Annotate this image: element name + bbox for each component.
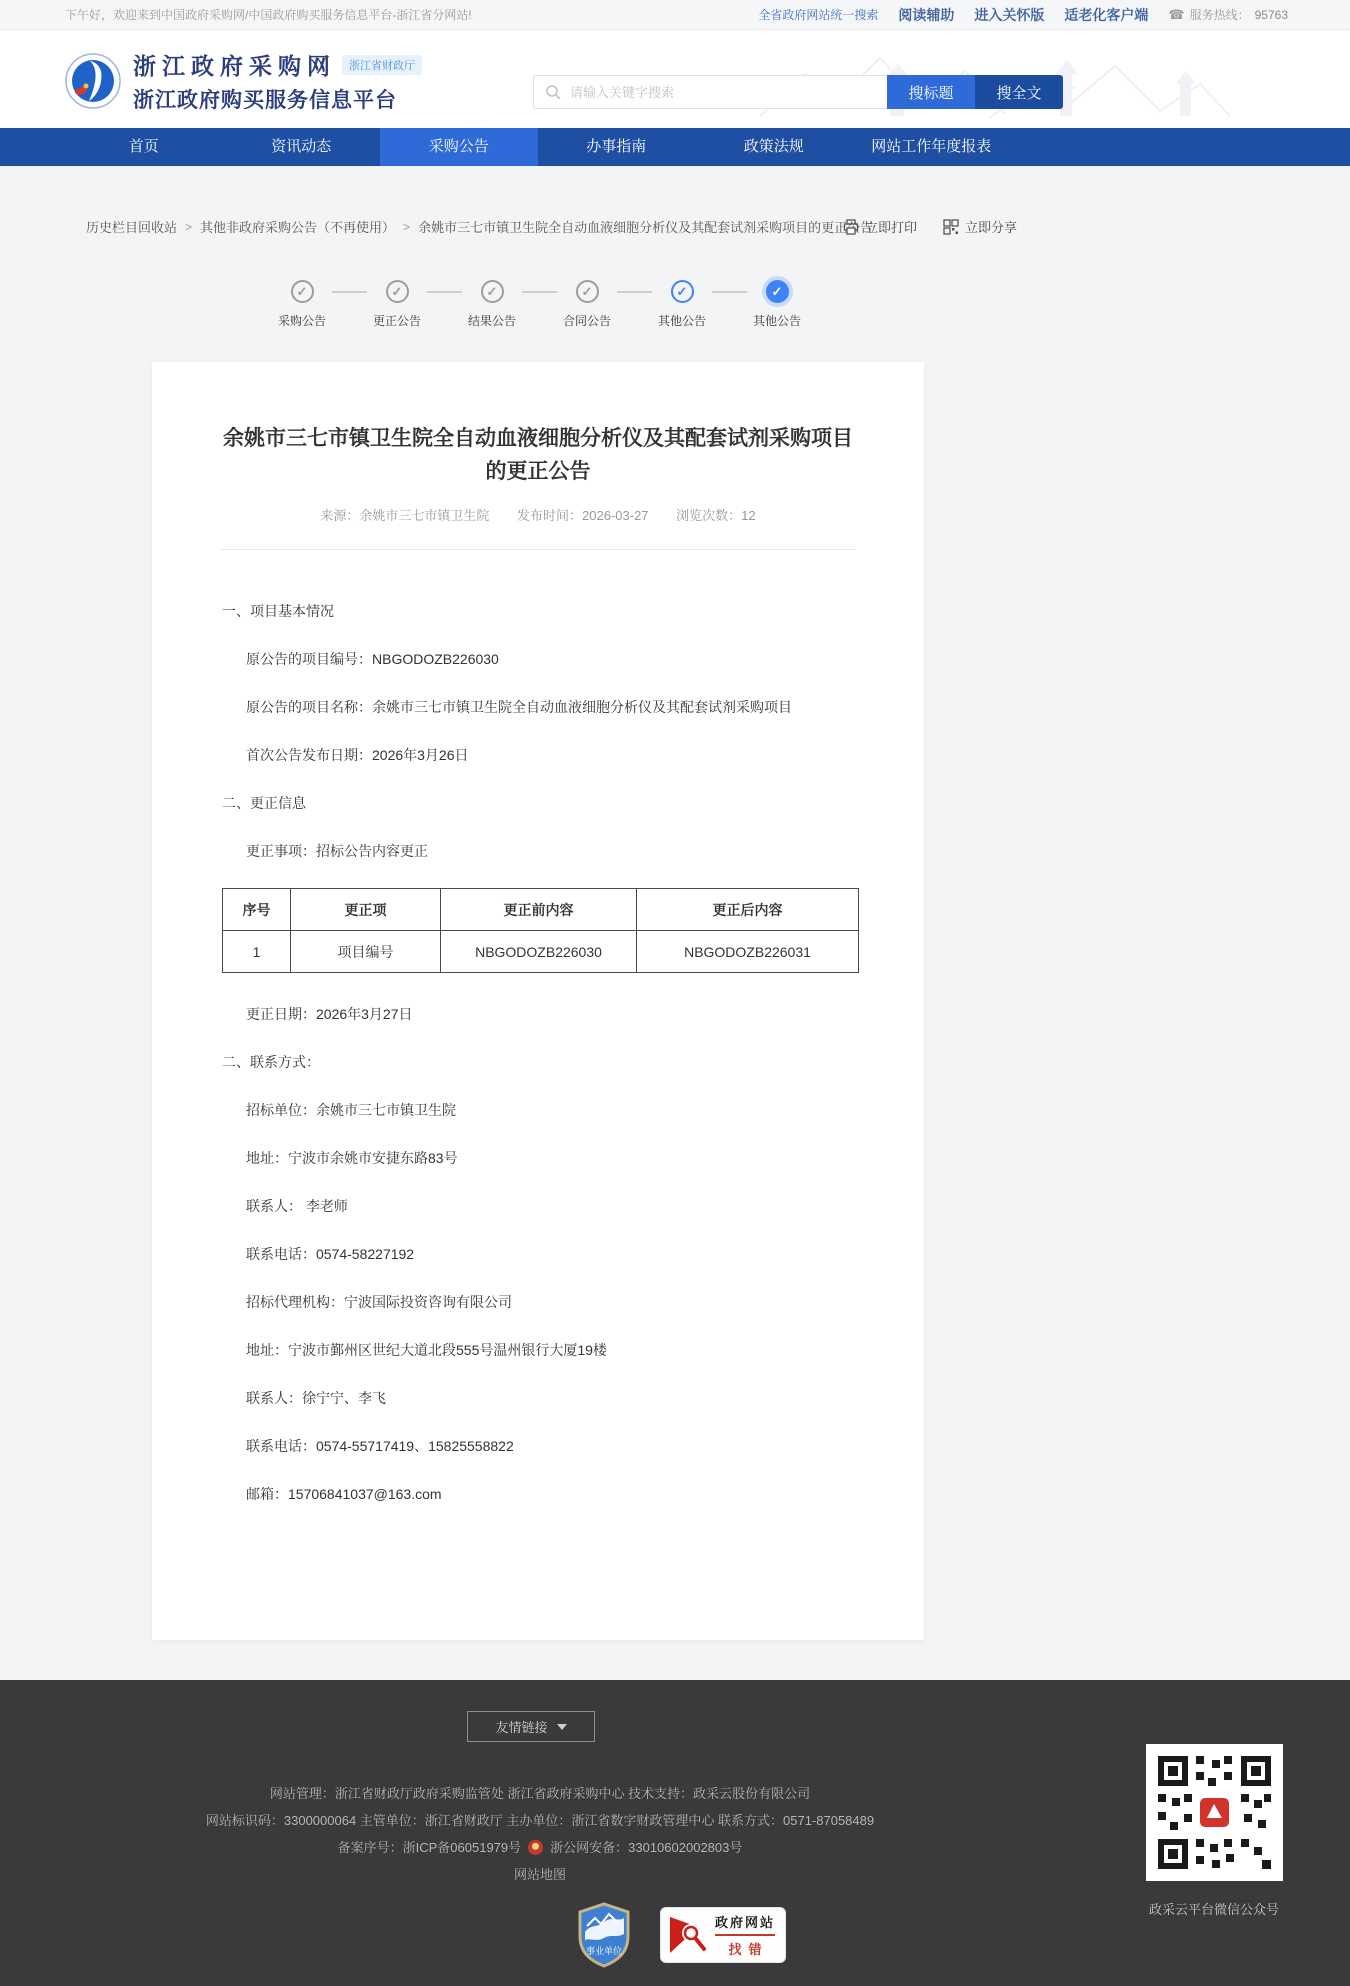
first-publish-date: 首次公告发布日期：2026年3月26日	[222, 744, 858, 766]
step-connector	[712, 291, 747, 293]
nav-item-policies[interactable]: 政策法规	[695, 128, 853, 166]
printer-icon	[843, 219, 859, 235]
breadcrumb: 历史栏目回收站 > 其他非政府采购公告（不再使用） > 余姚市三七市镇卫生院全自…	[78, 217, 808, 236]
police-record-number: 浙公网安备：33010602002803号	[550, 1840, 742, 1855]
breadcrumb-actions: 立即打印 立即分享	[843, 217, 1017, 236]
welcome-text: 下午好，欢迎来到中国政府采购网/中国政府购买服务信息平台-浙江省分网站!	[65, 6, 472, 23]
hotline-label: 服务热线：	[1190, 6, 1250, 23]
hotline-number: 95763	[1255, 8, 1288, 22]
section-heading-contact: 二、联系方式：	[222, 1051, 858, 1073]
col-header-after: 更正后内容	[637, 889, 859, 931]
search-bar: 搜标题 搜全文	[533, 75, 1063, 109]
footer-line-identifier: 网站标识码：3300000064 主管单位：浙江省财政厅 主办单位：浙江省数字财…	[0, 1807, 1080, 1834]
public-institution-badge[interactable]: 事业单位	[577, 1902, 631, 1968]
announcement-steps: ✓ 采购公告 ✓ 更正公告 ✓ 结果公告 ✓ 合同公告 ✓ 其他公告 ✓ 其他公…	[272, 280, 807, 329]
step-contract-notice[interactable]: ✓ 合同公告	[557, 280, 617, 329]
agency-phones: 联系电话：0574-55717419、15825558822	[222, 1435, 858, 1457]
col-header-before: 更正前内容	[441, 889, 637, 931]
search-icon	[545, 84, 561, 100]
nav-item-news[interactable]: 资讯动态	[223, 128, 381, 166]
qr-share-icon	[943, 219, 959, 235]
cell-before: NBGODOZB226030	[441, 931, 637, 973]
cell-no: 1	[223, 931, 291, 973]
breadcrumb-current: 余姚市三七市镇卫生院全自动血液细胞分析仪及其配套试剂采购项目的更正公告	[418, 217, 873, 236]
check-icon: ✓	[481, 280, 504, 303]
phone-icon: ☎	[1168, 7, 1184, 23]
unified-search-link[interactable]: 全省政府网站统一搜索	[758, 6, 878, 23]
nav-item-service-guide[interactable]: 办事指南	[538, 128, 696, 166]
service-hotline: ☎ 服务热线： 95763	[1168, 6, 1288, 23]
table-row: 1 项目编号 NBGODOZB226030 NBGODOZB226031	[223, 931, 859, 973]
logo-text: 浙江政府采购网 浙江省财政厅 浙江政府购买服务信息平台	[133, 48, 422, 114]
footer-line-management: 网站管理：浙江省财政厅政府采购监管处 浙江省政府采购中心 技术支持：政采云股份有…	[0, 1780, 1080, 1807]
logo-emblem-icon	[65, 53, 121, 109]
footer-line-icp: 备案序号：浙ICP备06051979号浙公网安备：33010602002803号	[0, 1834, 1080, 1861]
qr-code	[1146, 1744, 1283, 1881]
check-icon: ✓	[291, 280, 314, 303]
agency-contacts: 联系人：徐宁宁、李飞	[222, 1387, 858, 1409]
step-correction-notice[interactable]: ✓ 更正公告	[367, 280, 427, 329]
find-error-text: 政府网站 找错	[715, 1912, 775, 1958]
correction-date: 更正日期：2026年3月27日	[222, 1003, 858, 1025]
friend-links-button[interactable]: 友情链接	[467, 1711, 595, 1742]
shield-badge-label: 事业单位	[586, 1945, 622, 1956]
site-header: 浙江政府采购网 浙江省财政厅 浙江政府购买服务信息平台 搜标题 搜全文	[0, 30, 1350, 128]
article-title: 余姚市三七市镇卫生院全自动血液细胞分析仪及其配套试剂采购项目的更正公告	[216, 422, 860, 488]
website-error-report-badge[interactable]: 政府网站 找错	[660, 1907, 786, 1963]
main-nav: 首页 资讯动态 采购公告 办事指南 政策法规 网站工作年度报表	[0, 128, 1350, 166]
footer-text: 网站管理：浙江省财政厅政府采购监管处 浙江省政府采购中心 技术支持：政采云股份有…	[0, 1780, 1080, 1888]
publish-label: 发布时间：	[517, 508, 582, 523]
find-error-title: 政府网站	[715, 1912, 775, 1936]
step-other-notice-2[interactable]: ✓ 其他公告	[747, 280, 807, 329]
find-error-subtitle: 找错	[722, 1939, 769, 1958]
step-connector	[522, 291, 557, 293]
search-fulltext-button[interactable]: 搜全文	[975, 75, 1063, 109]
print-button[interactable]: 立即打印	[843, 217, 917, 236]
tender-unit-contact: 联系人： 李老师	[222, 1195, 858, 1217]
section-heading-correction-info: 二、更正信息	[222, 792, 858, 814]
tender-unit: 招标单位：余姚市三七市镇卫生院	[222, 1099, 858, 1121]
qr-caption: 政采云平台微信公众号	[1104, 1899, 1324, 1918]
source-label: 来源：	[320, 508, 359, 523]
agency-name: 招标代理机构：宁波国际投资咨询有限公司	[222, 1291, 858, 1313]
step-result-notice[interactable]: ✓ 结果公告	[462, 280, 522, 329]
breadcrumb-category[interactable]: 其他非政府采购公告（不再使用）	[200, 217, 395, 236]
check-icon: ✓	[386, 280, 409, 303]
article-body: 一、项目基本情况 原公告的项目编号：NBGODOZB226030 原公告的项目名…	[152, 550, 924, 1505]
tender-unit-phone: 联系电话：0574-58227192	[222, 1243, 858, 1265]
nav-item-procurement-notices[interactable]: 采购公告	[380, 128, 538, 166]
agency-address: 地址：宁波市鄞州区世纪大道北段555号温州银行大厦19楼	[222, 1339, 858, 1361]
tender-unit-address: 地址：宁波市余姚市安捷东路83号	[222, 1147, 858, 1169]
elderly-client-link[interactable]: 适老化客户端	[1064, 5, 1148, 25]
views-count: 12	[741, 508, 755, 523]
find-error-icon	[668, 1913, 708, 1957]
original-project-name: 原公告的项目名称：余姚市三七市镇卫生院全自动血液细胞分析仪及其配套试剂采购项目	[222, 696, 858, 718]
nav-item-annual-report[interactable]: 网站工作年度报表	[853, 128, 1011, 166]
national-emblem-icon	[528, 1840, 543, 1855]
finance-dept-badge: 浙江省财政厅	[342, 55, 422, 75]
site-subtitle: 浙江政府购买服务信息平台	[133, 84, 422, 114]
cell-after: NBGODOZB226031	[637, 931, 859, 973]
search-input[interactable]	[533, 75, 887, 109]
reading-aid-link[interactable]: 阅读辅助	[898, 5, 954, 25]
article-meta: 来源：余姚市三七市镇卫生院 发布时间：2026-03-27 浏览次数：12	[152, 505, 924, 524]
nav-item-home[interactable]: 首页	[65, 128, 223, 166]
views-label: 浏览次数：	[676, 508, 741, 523]
col-header-item: 更正项	[291, 889, 441, 931]
check-icon: ✓	[576, 280, 599, 303]
step-connector	[617, 291, 652, 293]
agency-email: 邮箱：15706841037@163.com	[222, 1483, 858, 1505]
step-other-notice-1[interactable]: ✓ 其他公告	[652, 280, 712, 329]
cell-item: 项目编号	[291, 931, 441, 973]
breadcrumb-separator: >	[185, 220, 192, 234]
step-connector	[332, 291, 367, 293]
topbar-links: 全省政府网站统一搜索 阅读辅助 进入关怀版 适老化客户端 ☎ 服务热线： 957…	[758, 5, 1288, 25]
footer: 友情链接 网站管理：浙江省财政厅政府采购监管处 浙江省政府采购中心 技术支持：政…	[0, 1680, 1350, 1986]
icp-number: 备案序号：浙ICP备06051979号	[338, 1840, 522, 1855]
section-heading-basic-info: 一、项目基本情况	[222, 600, 858, 622]
care-version-link[interactable]: 进入关怀版	[974, 5, 1044, 25]
search-title-button[interactable]: 搜标题	[887, 75, 975, 109]
topbar: 下午好，欢迎来到中国政府采购网/中国政府购买服务信息平台-浙江省分网站! 全省政…	[0, 0, 1350, 30]
share-button[interactable]: 立即分享	[943, 217, 1017, 236]
check-icon: ✓	[766, 280, 789, 303]
breadcrumb-recycle[interactable]: 历史栏目回收站	[86, 217, 177, 236]
col-header-no: 序号	[223, 889, 291, 931]
table-header-row: 序号 更正项 更正前内容 更正后内容	[223, 889, 859, 931]
step-connector	[427, 291, 462, 293]
original-project-number: 原公告的项目编号：NBGODOZB226030	[222, 648, 858, 670]
site-name: 浙江政府采购网	[133, 48, 336, 81]
site-logo[interactable]: 浙江政府采购网 浙江省财政厅 浙江政府购买服务信息平台	[65, 48, 422, 114]
article-card: 余姚市三七市镇卫生院全自动血液细胞分析仪及其配套试剂采购项目的更正公告 来源：余…	[152, 362, 924, 1640]
step-procurement-notice[interactable]: ✓ 采购公告	[272, 280, 332, 329]
chevron-down-icon	[557, 1724, 567, 1730]
correction-item: 更正事项：招标公告内容更正	[222, 840, 858, 862]
check-icon: ✓	[671, 280, 694, 303]
source-value: 余姚市三七市镇卫生院	[359, 508, 489, 523]
publish-date: 2026-03-27	[582, 508, 649, 523]
sitemap-link[interactable]: 网站地图	[514, 1867, 566, 1882]
correction-table: 序号 更正项 更正前内容 更正后内容 1 项目编号 NBGODOZB226030…	[222, 888, 859, 973]
breadcrumb-separator: >	[403, 220, 410, 234]
